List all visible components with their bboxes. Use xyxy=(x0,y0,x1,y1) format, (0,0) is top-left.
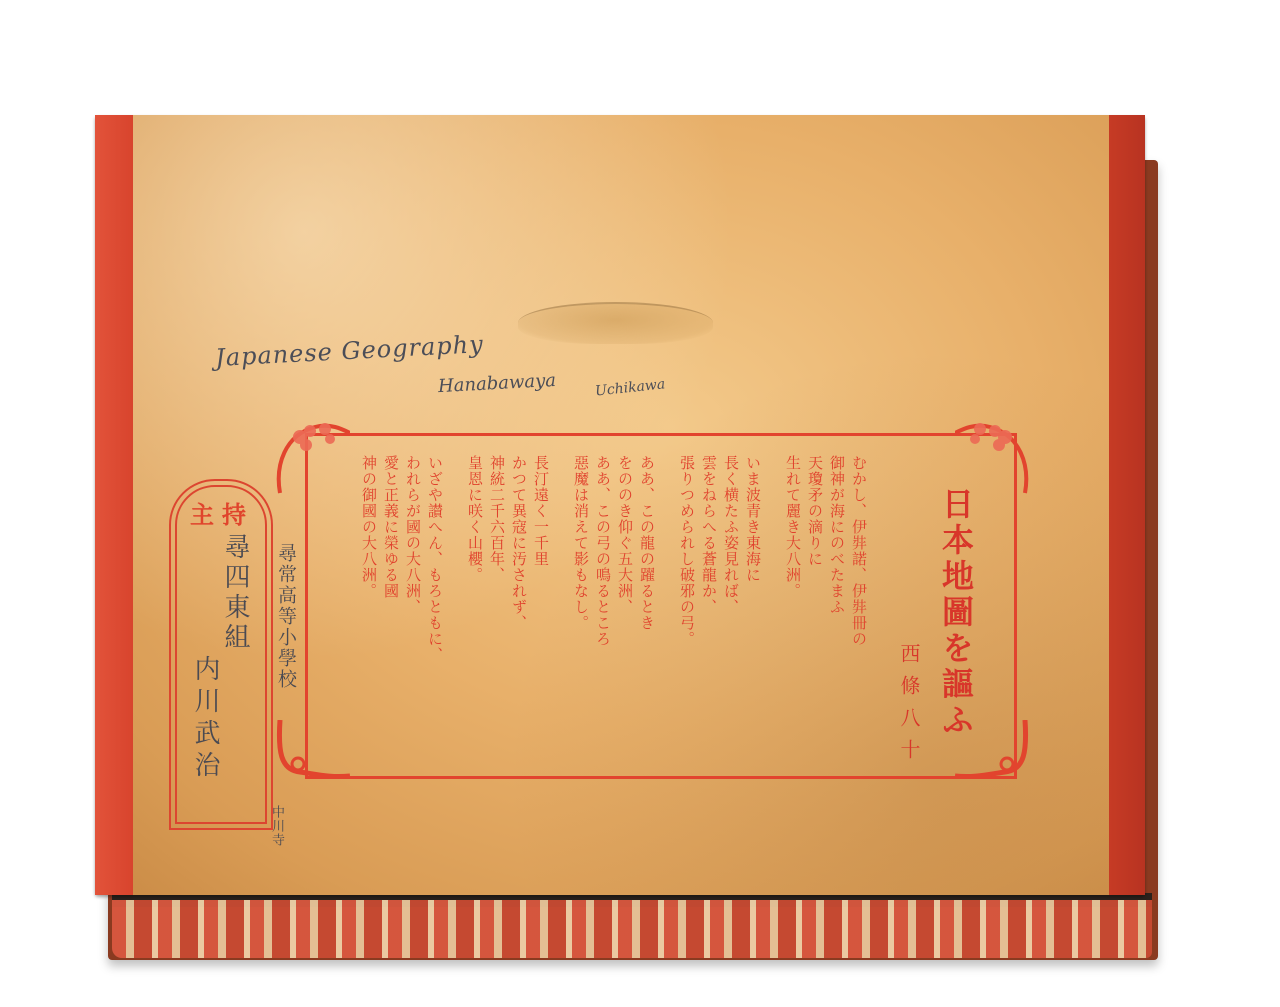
pencil-note-subject: Japanese Geography xyxy=(214,330,484,372)
cherry-blossom-ornament-icon xyxy=(955,415,1035,495)
poem-line: ああ、この弓の鳴るところ xyxy=(592,455,614,755)
poem-line: 長汀遠く一千里 xyxy=(530,455,552,755)
poem-line: ああ、この龍の躍るとき xyxy=(636,455,658,755)
left-red-border xyxy=(95,115,133,895)
poem-line: かつて異寇に汚されず、 xyxy=(508,455,530,755)
poem-body: むかし、伊弉諾、伊弉冊の 御神が海にのべたまふ 天瓊矛の滴りに 生れて麗き大八洲… xyxy=(310,455,870,755)
poem-line: 長く横たふ姿見れば、 xyxy=(720,455,742,755)
poem-line: 惡魔は消えて影もなし。 xyxy=(570,455,592,755)
poem-line: 雲をねらへる蒼龍か、 xyxy=(698,455,720,755)
poem-line: いざや讃へん、もろともに、 xyxy=(424,455,446,755)
owner-name: 内川武治 xyxy=(187,655,224,783)
poem-line: 御神が海にのべたまふ xyxy=(826,455,848,755)
poem-line: いま波青き東海に xyxy=(742,455,764,755)
poem-line: 張りつめられし破邪の弓。 xyxy=(676,455,698,755)
poem-line: 天瓊矛の滴りに xyxy=(804,455,826,755)
pencil-note-name-2: Uchikawa xyxy=(594,376,666,399)
poem-line: 生れて麗き大八洲。 xyxy=(782,455,804,755)
poem-title: 日本地圖を謳ふ xyxy=(933,487,979,739)
owner-note: 中川寺 xyxy=(267,805,286,847)
owner-label-text: 持主 xyxy=(190,495,246,530)
poem-line: をののき仰ぐ五大洲、 xyxy=(614,455,636,755)
poem-author: 西條八十 xyxy=(895,643,924,771)
poem-line: 神統二千六百年、 xyxy=(486,455,508,755)
owner-school: 尋常高等小學校 xyxy=(273,543,300,690)
poem-line: 神の御國の大八洲。 xyxy=(358,455,380,755)
owner-label: 持主 xyxy=(183,495,253,530)
poem-line: 愛と正義に榮ゆる國 xyxy=(380,455,402,755)
owner-class: 尋四東組 xyxy=(217,533,254,653)
folder-cover: Japanese Geography Hanabawaya Uchikawa 日… xyxy=(95,115,1145,895)
right-red-border xyxy=(1109,115,1145,895)
poem-line: むかし、伊弉諾、伊弉冊の xyxy=(848,455,870,755)
paper-scuff-mark xyxy=(518,302,713,344)
poem-line: われらが國の大八洲、 xyxy=(402,455,424,755)
folder-back-edge xyxy=(112,900,1152,958)
poem-line: 皇恩に咲く山櫻。 xyxy=(464,455,486,755)
pencil-note-name-1: Hanabawaya xyxy=(438,370,557,397)
